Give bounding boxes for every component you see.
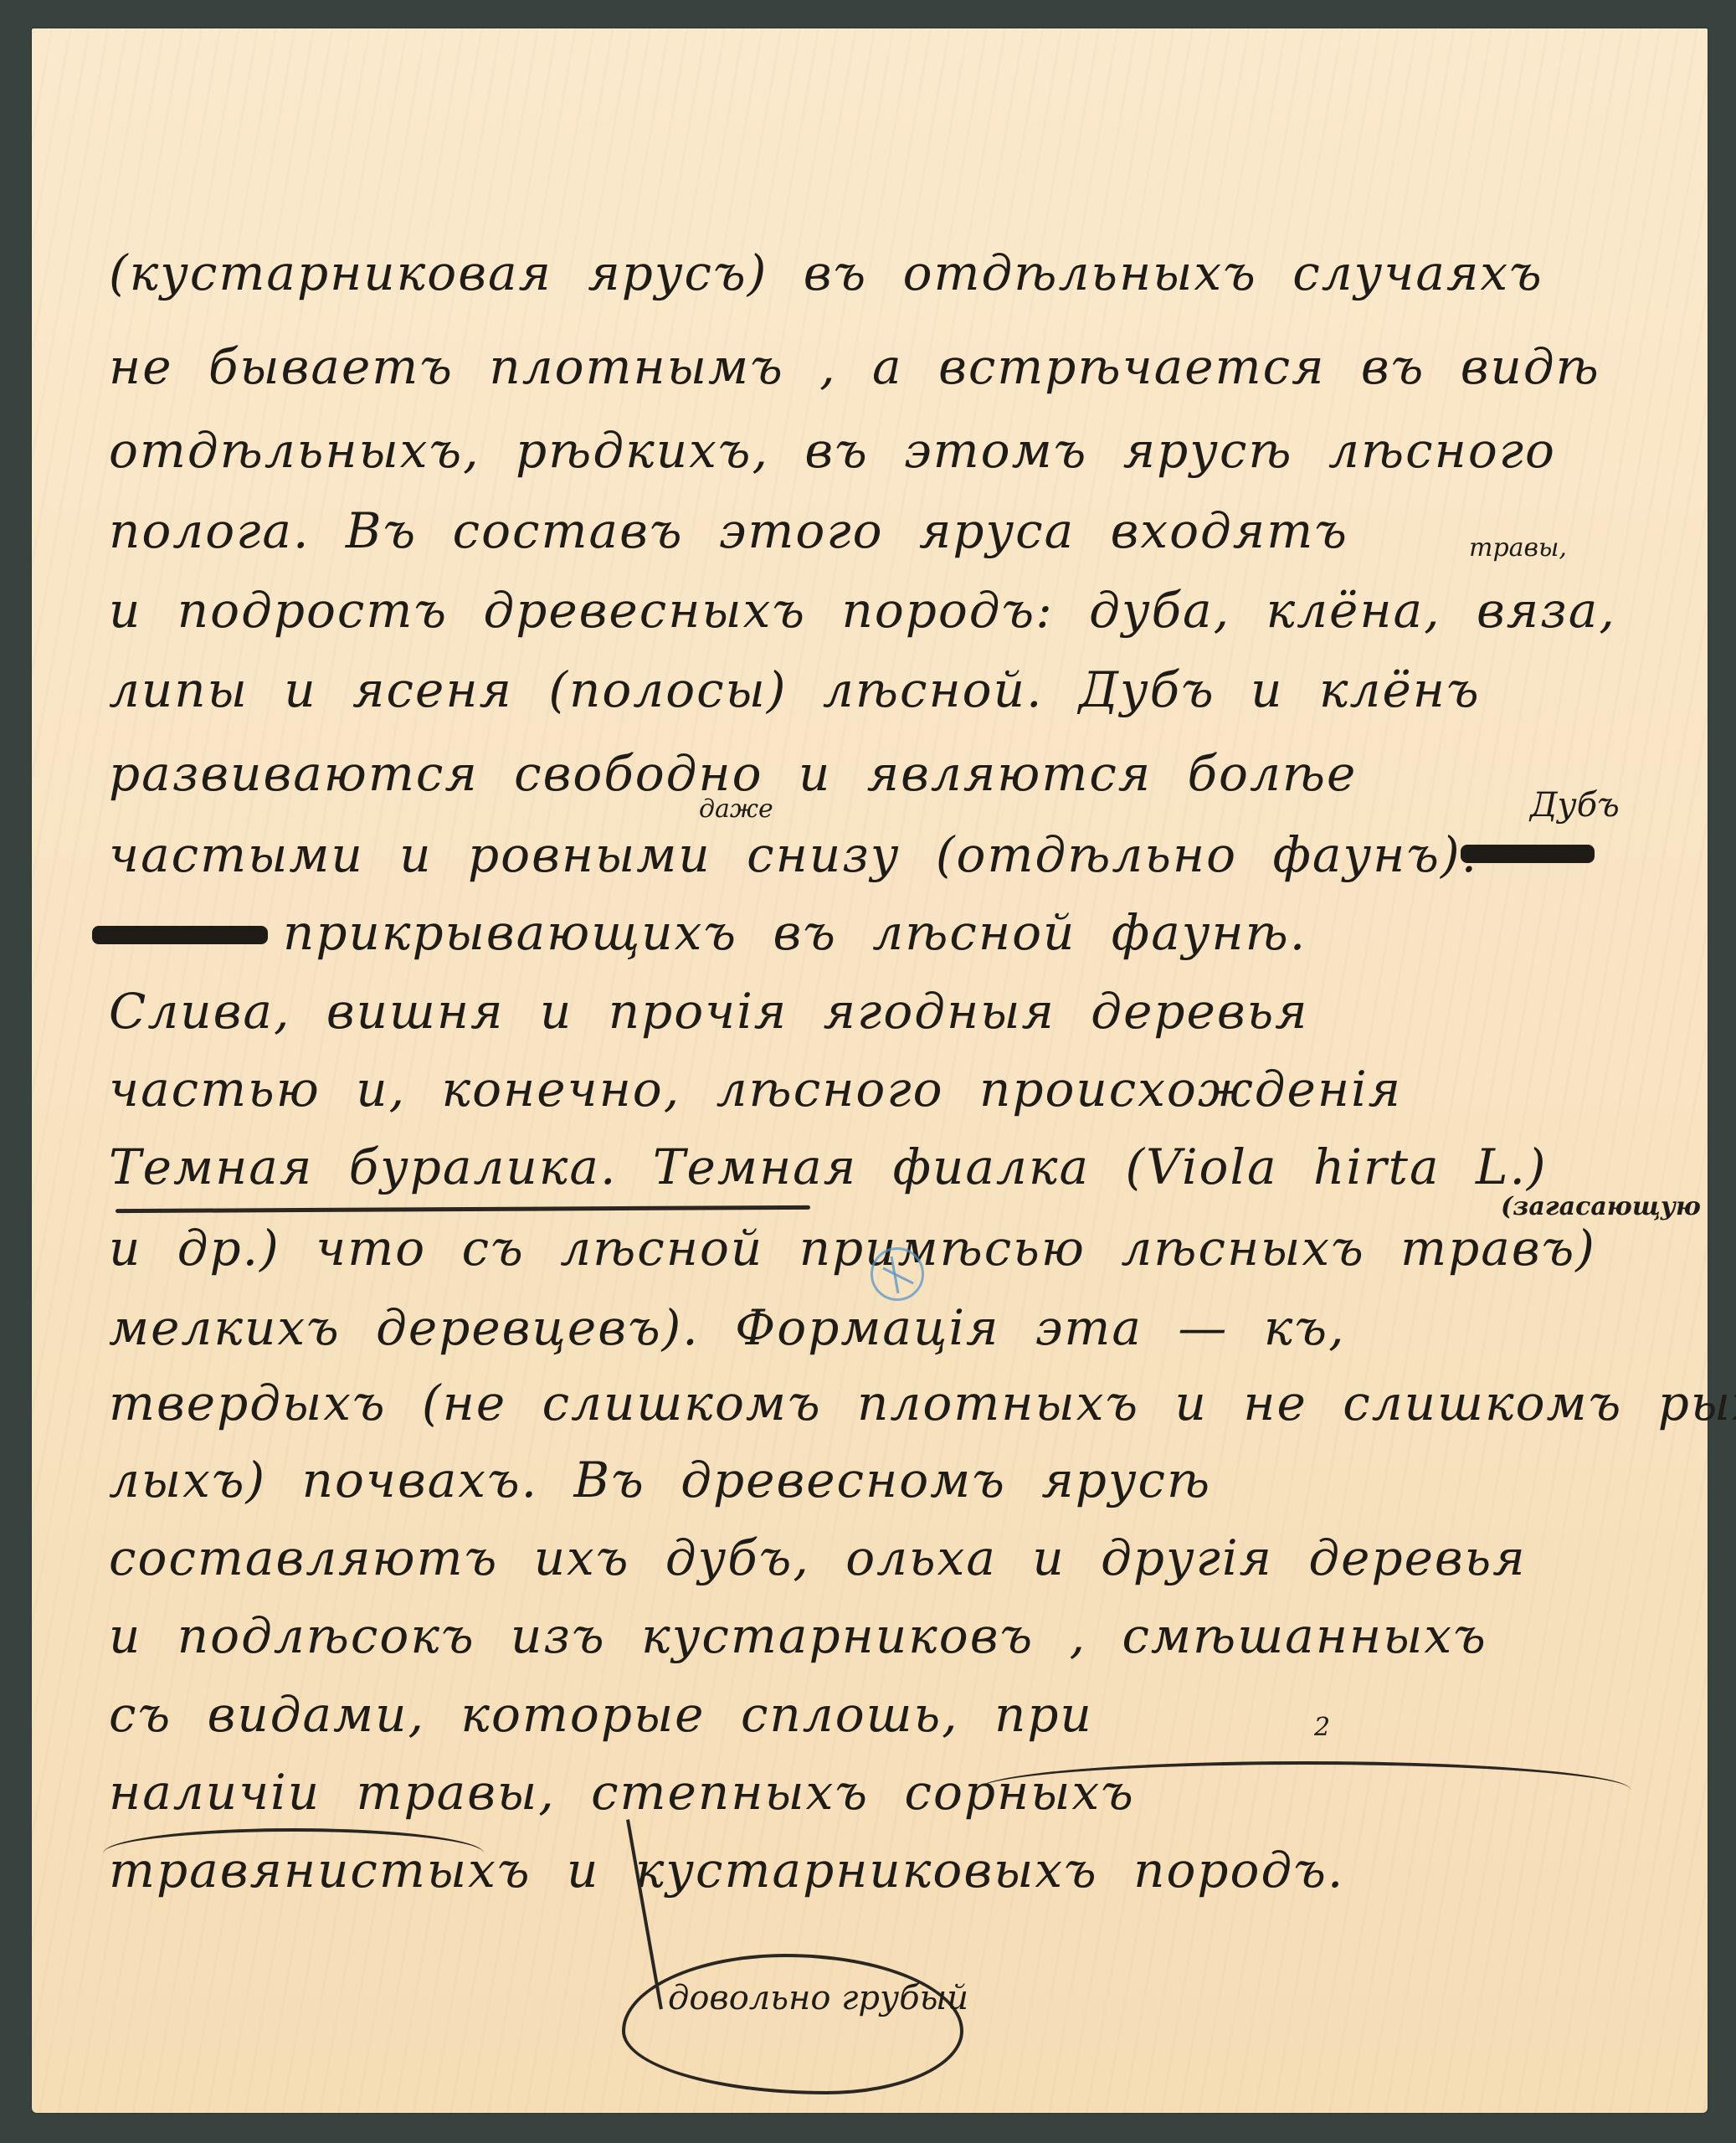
manuscript-line-10: Слива, вишня и прочія ягодныя деревья [109, 983, 1708, 1040]
manuscript-line-12-heading: Темная буралика. Темная фиалка (Viola hi… [109, 1138, 1708, 1195]
insertion-dazhe: даже [699, 794, 773, 824]
circled-note-text: довольно грубый [668, 1979, 968, 2017]
insertion-dub: Дубъ [1530, 786, 1620, 825]
library-stamp-icon [871, 1247, 924, 1301]
manuscript-line-19: съ видами, которые сплошь, при [109, 1686, 1708, 1743]
manuscript-line-17: составляютъ ихъ дубъ, ольха и другія дер… [109, 1529, 1708, 1586]
manuscript-line-1: (кустарниковая ярусъ) въ отдѣльныхъ случ… [109, 244, 1708, 301]
manuscript-line-2: не бываетъ плотнымъ , а встрѣчается въ в… [109, 338, 1708, 395]
insertion-number-2: 2 [1314, 1713, 1330, 1742]
struck-word-line-8 [1461, 845, 1595, 863]
heading-underline [116, 1205, 810, 1213]
manuscript-line-11: частью и, конечно, лѣсного происхожденія [109, 1061, 1708, 1118]
manuscript-line-3: отдѣльныхъ, рѣдкихъ, въ этомъ ярусѣ лѣсн… [109, 422, 1708, 479]
manuscript-line-16: лыхъ) почвахъ. Въ древесномъ ярусѣ [109, 1452, 1708, 1508]
circled-note-outline [622, 1954, 963, 2094]
struck-word-line-9 [92, 926, 268, 944]
insertion-zagasayushchuyu: (загасающую [1501, 1192, 1701, 1221]
manuscript-line-7: развиваются свободно и являются болѣе [109, 745, 1708, 802]
manuscript-line-18: и подлѣсокъ изъ кустарниковъ , смѣшанных… [109, 1607, 1708, 1664]
manuscript-line-5: и подростъ древесныхъ породъ: дуба, клён… [109, 582, 1708, 639]
manuscript-line-15: твердыхъ (не слишкомъ плотныхъ и не слиш… [109, 1375, 1708, 1431]
manuscript-line-4: полога. Въ составъ этого яруса входятъ [109, 502, 1708, 559]
transposition-curve-line-21 [103, 1828, 484, 1853]
insertion-travy: травы, [1469, 533, 1567, 563]
manuscript-line-14: мелкихъ деревцевъ). Формація эта — къ, [109, 1299, 1708, 1356]
manuscript-page: (кустарниковая ярусъ) въ отдѣльныхъ случ… [32, 28, 1708, 2113]
manuscript-line-6: липы и ясеня (полосы) лѣсной. Дубъ и клё… [109, 661, 1708, 718]
manuscript-line-9: прикрывающихъ въ лѣсной фаунѣ. [283, 904, 1708, 961]
